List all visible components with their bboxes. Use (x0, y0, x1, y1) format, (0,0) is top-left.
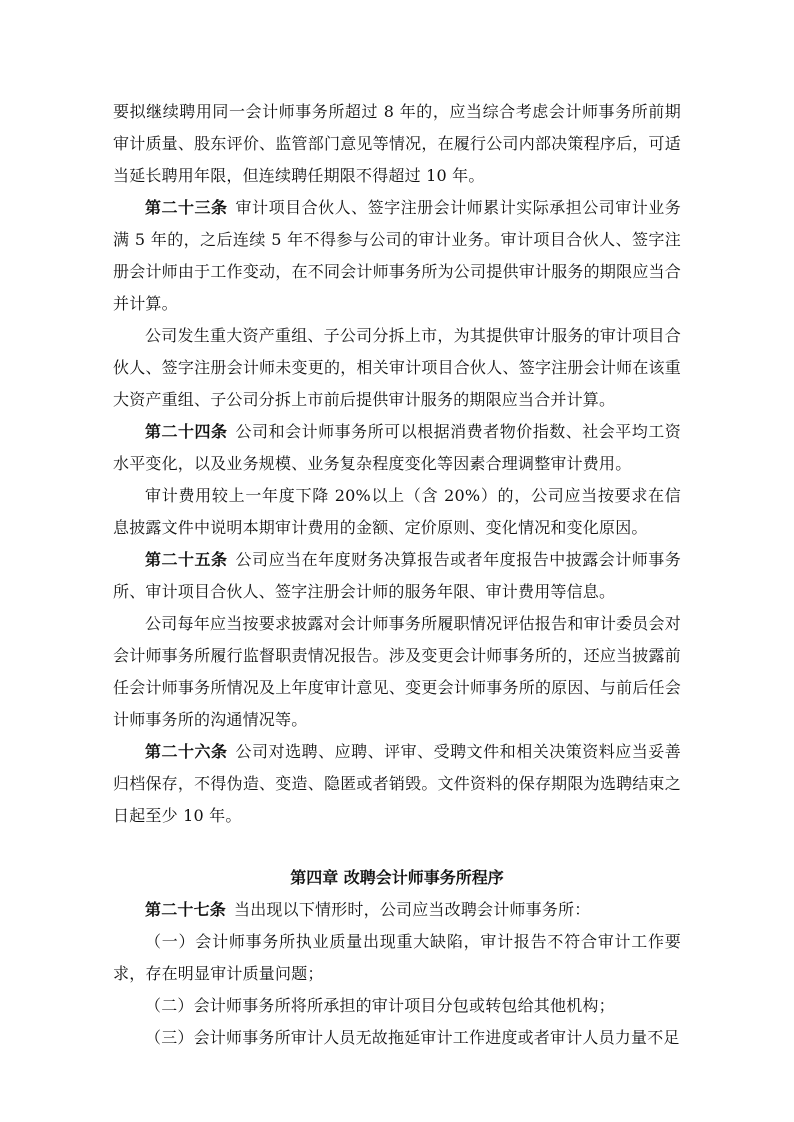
article-number: 第二十三条 (145, 198, 228, 217)
paragraph-text: 公司每年应当按要求披露对会计师事务所履职情况评估报告和审计委员会对会计师事务所履… (113, 614, 681, 729)
paragraph-text: 要拟继续聘用同一会计师事务所超过 8 年的，应当综合考虑会计师事务所前期审计质量… (113, 102, 681, 185)
article-27: 第二十七条当出现以下情形时，公司应当改聘会计师事务所： (113, 894, 681, 926)
chapter-heading: 第四章 改聘会计师事务所程序 (113, 862, 681, 894)
paragraph-continuation: 要拟继续聘用同一会计师事务所超过 8 年的，应当综合考虑会计师事务所前期审计质量… (113, 96, 681, 192)
document-page: 要拟继续聘用同一会计师事务所超过 8 年的，应当综合考虑会计师事务所前期审计质量… (113, 96, 681, 1054)
paragraph: 公司发生重大资产重组、子公司分拆上市，为其提供审计服务的审计项目合伙人、签字注册… (113, 320, 681, 416)
list-item: （三）会计师事务所审计人员无故拖延审计工作进度或者审计人员力量不足 (113, 1022, 681, 1054)
article-26: 第二十六条公司对选聘、应聘、评审、受聘文件和相关决策资料应当妥善归档保存，不得伪… (113, 736, 681, 832)
list-item: （一）会计师事务所执业质量出现重大缺陷，审计报告不符合审计工作要求，存在明显审计… (113, 926, 681, 990)
paragraph-text: 审计费用较上一年度下降 20%以上（含 20%）的，公司应当按要求在信息披露文件… (113, 486, 681, 537)
paragraph-text: （一）会计师事务所执业质量出现重大缺陷，审计报告不符合审计工作要求，存在明显审计… (113, 932, 681, 983)
article-25: 第二十五条公司应当在年度财务决算报告或者年度报告中披露会计师事务所、审计项目合伙… (113, 544, 681, 608)
paragraph-text: （二）会计师事务所将所承担的审计项目分包或转包给其他机构； (145, 996, 615, 1015)
paragraph-text: （三）会计师事务所审计人员无故拖延审计工作进度或者审计人员力量不足 (145, 1028, 680, 1047)
article-number: 第二十六条 (145, 742, 228, 761)
article-number: 第二十四条 (145, 422, 228, 441)
list-item: （二）会计师事务所将所承担的审计项目分包或转包给其他机构； (113, 990, 681, 1022)
article-number: 第二十五条 (145, 550, 228, 569)
article-23: 第二十三条审计项目合伙人、签字注册会计师累计实际承担公司审计业务满 5 年的，之… (113, 192, 681, 320)
article-number: 第二十七条 (145, 900, 226, 919)
paragraph: 审计费用较上一年度下降 20%以上（含 20%）的，公司应当按要求在信息披露文件… (113, 480, 681, 544)
paragraph-text: 公司发生重大资产重组、子公司分拆上市，为其提供审计服务的审计项目合伙人、签字注册… (113, 326, 681, 409)
article-24: 第二十四条公司和会计师事务所可以根据消费者物价指数、社会平均工资水平变化，以及业… (113, 416, 681, 480)
paragraph: 公司每年应当按要求披露对会计师事务所履职情况评估报告和审计委员会对会计师事务所履… (113, 608, 681, 736)
paragraph-text: 当出现以下情形时，公司应当改聘会计师事务所： (234, 900, 590, 919)
